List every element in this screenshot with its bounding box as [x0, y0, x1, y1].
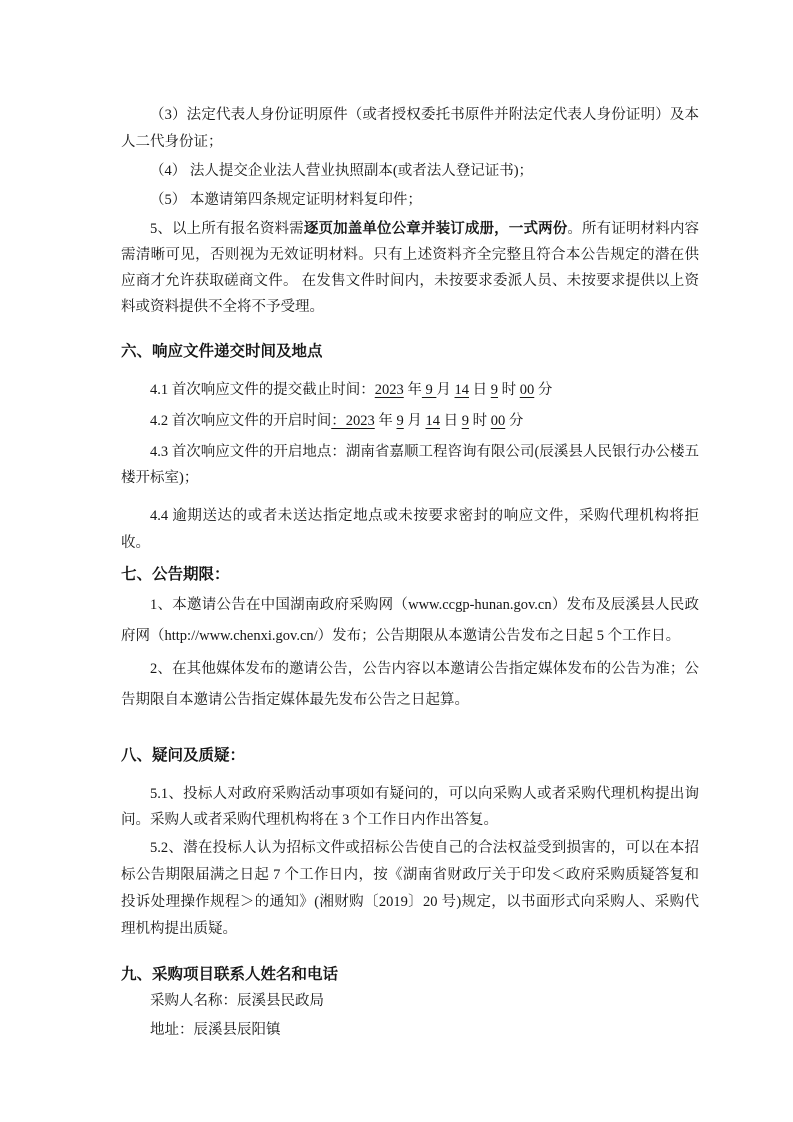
para-notice-media-2: 2、在其他媒体发布的邀请公告，公告内容以本邀请公告指定媒体发布的公告为准；公告期… — [121, 654, 699, 716]
text-run: （3）法定代表人身份证明原件（或者授权委托书原件并附法定代表人身份证明）及本人二… — [121, 107, 699, 150]
text-run: 9 — [397, 413, 404, 429]
text-run: 5.2、潜在投标人认为招标文件或招标公告使自己的合法权益受到损害的，可以在本招标… — [121, 840, 699, 937]
para-purchaser-name: 采购人名称：辰溪县民政局 — [121, 988, 699, 1015]
text-run: 2、在其他媒体发布的邀请公告，公告内容以本邀请公告指定媒体发布的公告为准；公告期… — [121, 661, 699, 708]
para-requirement-3: （3）法定代表人身份证明原件（或者授权委托书原件并附法定代表人身份证明）及本人二… — [121, 102, 699, 156]
para-requirement-binding: 5、以上所有报名资料需逐页加盖单位公章并装订成册，一式两份。所有证明材料内容需清… — [121, 216, 699, 320]
heading-section-9: 九、采购项目联系人姓名和电话 — [121, 961, 699, 988]
text-run: 分 — [534, 382, 552, 398]
text-run: 月 — [404, 413, 426, 429]
heading-text-run: 七、公告期限： — [121, 566, 230, 583]
para-requirement-5: （5） 本邀请第四条规定证明材料复印件； — [121, 187, 699, 214]
text-run: ：2023 — [331, 413, 375, 429]
text-run: 00 — [491, 413, 506, 429]
text-run: 日 — [469, 382, 491, 398]
para-purchaser-address: 地址：辰溪县辰阳镇 — [121, 1017, 699, 1044]
text-run: 4.2 首次响应文件的开启时间 — [150, 413, 331, 429]
text-run: 日 — [440, 413, 462, 429]
text-run: 9 — [491, 382, 498, 398]
document-content: （3）法定代表人身份证明原件（或者授权委托书原件并附法定代表人身份证明）及本人二… — [121, 102, 699, 1046]
text-run: 时 — [498, 382, 520, 398]
heading-text-run: 八、疑问及质疑： — [121, 747, 245, 764]
text-run: 2023 — [375, 382, 404, 398]
item-4-1: 4.1 首次响应文件的提交截止时间：2023 年 9 月 14 日 9 时 00… — [121, 377, 699, 404]
text-run: 逐页加盖单位公章并装订成册，一式两份 — [304, 221, 568, 237]
heading-section-8: 八、疑问及质疑： — [121, 742, 699, 769]
item-4-2: 4.2 首次响应文件的开启时间：2023 年 9 月 14 日 9 时 00 分 — [121, 408, 699, 435]
heading-text-run: 九、采购项目联系人姓名和电话 — [121, 966, 338, 983]
para-requirement-4: （4） 法人提交企业法人营业执照副本(或者法人登记证书)； — [121, 158, 699, 185]
text-run: 1、本邀请公告在中国湖南政府采购网（www.ccgp-hunan.gov.cn）… — [121, 597, 699, 644]
para-notice-media-1: 1、本邀请公告在中国湖南政府采购网（www.ccgp-hunan.gov.cn）… — [121, 590, 699, 652]
text-run: 时 — [469, 413, 491, 429]
text-run: 14 — [455, 382, 470, 398]
heading-text-run: 六、响应文件递交时间及地点 — [121, 343, 323, 360]
text-run: （5） 本邀请第四条规定证明材料复印件； — [150, 192, 422, 208]
para-query-5-1: 5.1、投标人对政府采购活动事项如有疑问的，可以向采购人或者采购代理机构提出询问… — [121, 781, 699, 833]
text-run: 分 — [505, 413, 523, 429]
item-4-3: 4.3 首次响应文件的开启地点：湖南省嘉顺工程咨询有限公司(辰溪县人民银行办公楼… — [121, 439, 699, 491]
item-4-4: 4.4 逾期送达的或者未送达指定地点或未按要求密封的响应文件，采购代理机构将拒收… — [121, 503, 699, 557]
text-run: 采购人名称：辰溪县民政局 — [150, 993, 324, 1009]
text-run: 5、以上所有报名资料需 — [150, 221, 304, 237]
document-page: （3）法定代表人身份证明原件（或者授权委托书原件并附法定代表人身份证明）及本人二… — [0, 0, 793, 1122]
text-run: 地址：辰溪县辰阳镇 — [150, 1022, 281, 1038]
text-run: 年 — [404, 382, 422, 398]
text-run: 14 — [426, 413, 441, 429]
text-run: 4.4 逾期送达的或者未送达指定地点或未按要求密封的响应文件，采购代理机构将拒收… — [121, 508, 699, 551]
text-run: （4） 法人提交企业法人营业执照副本(或者法人登记证书)； — [150, 163, 533, 179]
text-run: 00 — [520, 382, 535, 398]
text-run: 9 — [462, 413, 469, 429]
heading-section-6: 六、响应文件递交时间及地点 — [121, 338, 699, 365]
para-query-5-2: 5.2、潜在投标人认为招标文件或招标公告使自己的合法权益受到损害的，可以在本招标… — [121, 835, 699, 943]
text-run: 年 — [375, 413, 397, 429]
text-run: 9 — [422, 382, 437, 398]
text-run: 4.1 首次响应文件的提交截止时间： — [150, 382, 375, 398]
heading-section-7: 七、公告期限： — [121, 561, 699, 588]
text-run: 4.3 首次响应文件的开启地点：湖南省嘉顺工程咨询有限公司(辰溪县人民银行办公楼… — [121, 444, 699, 486]
text-run: 5.1、投标人对政府采购活动事项如有疑问的，可以向采购人或者采购代理机构提出询问… — [121, 786, 699, 828]
text-run: 月 — [436, 382, 454, 398]
